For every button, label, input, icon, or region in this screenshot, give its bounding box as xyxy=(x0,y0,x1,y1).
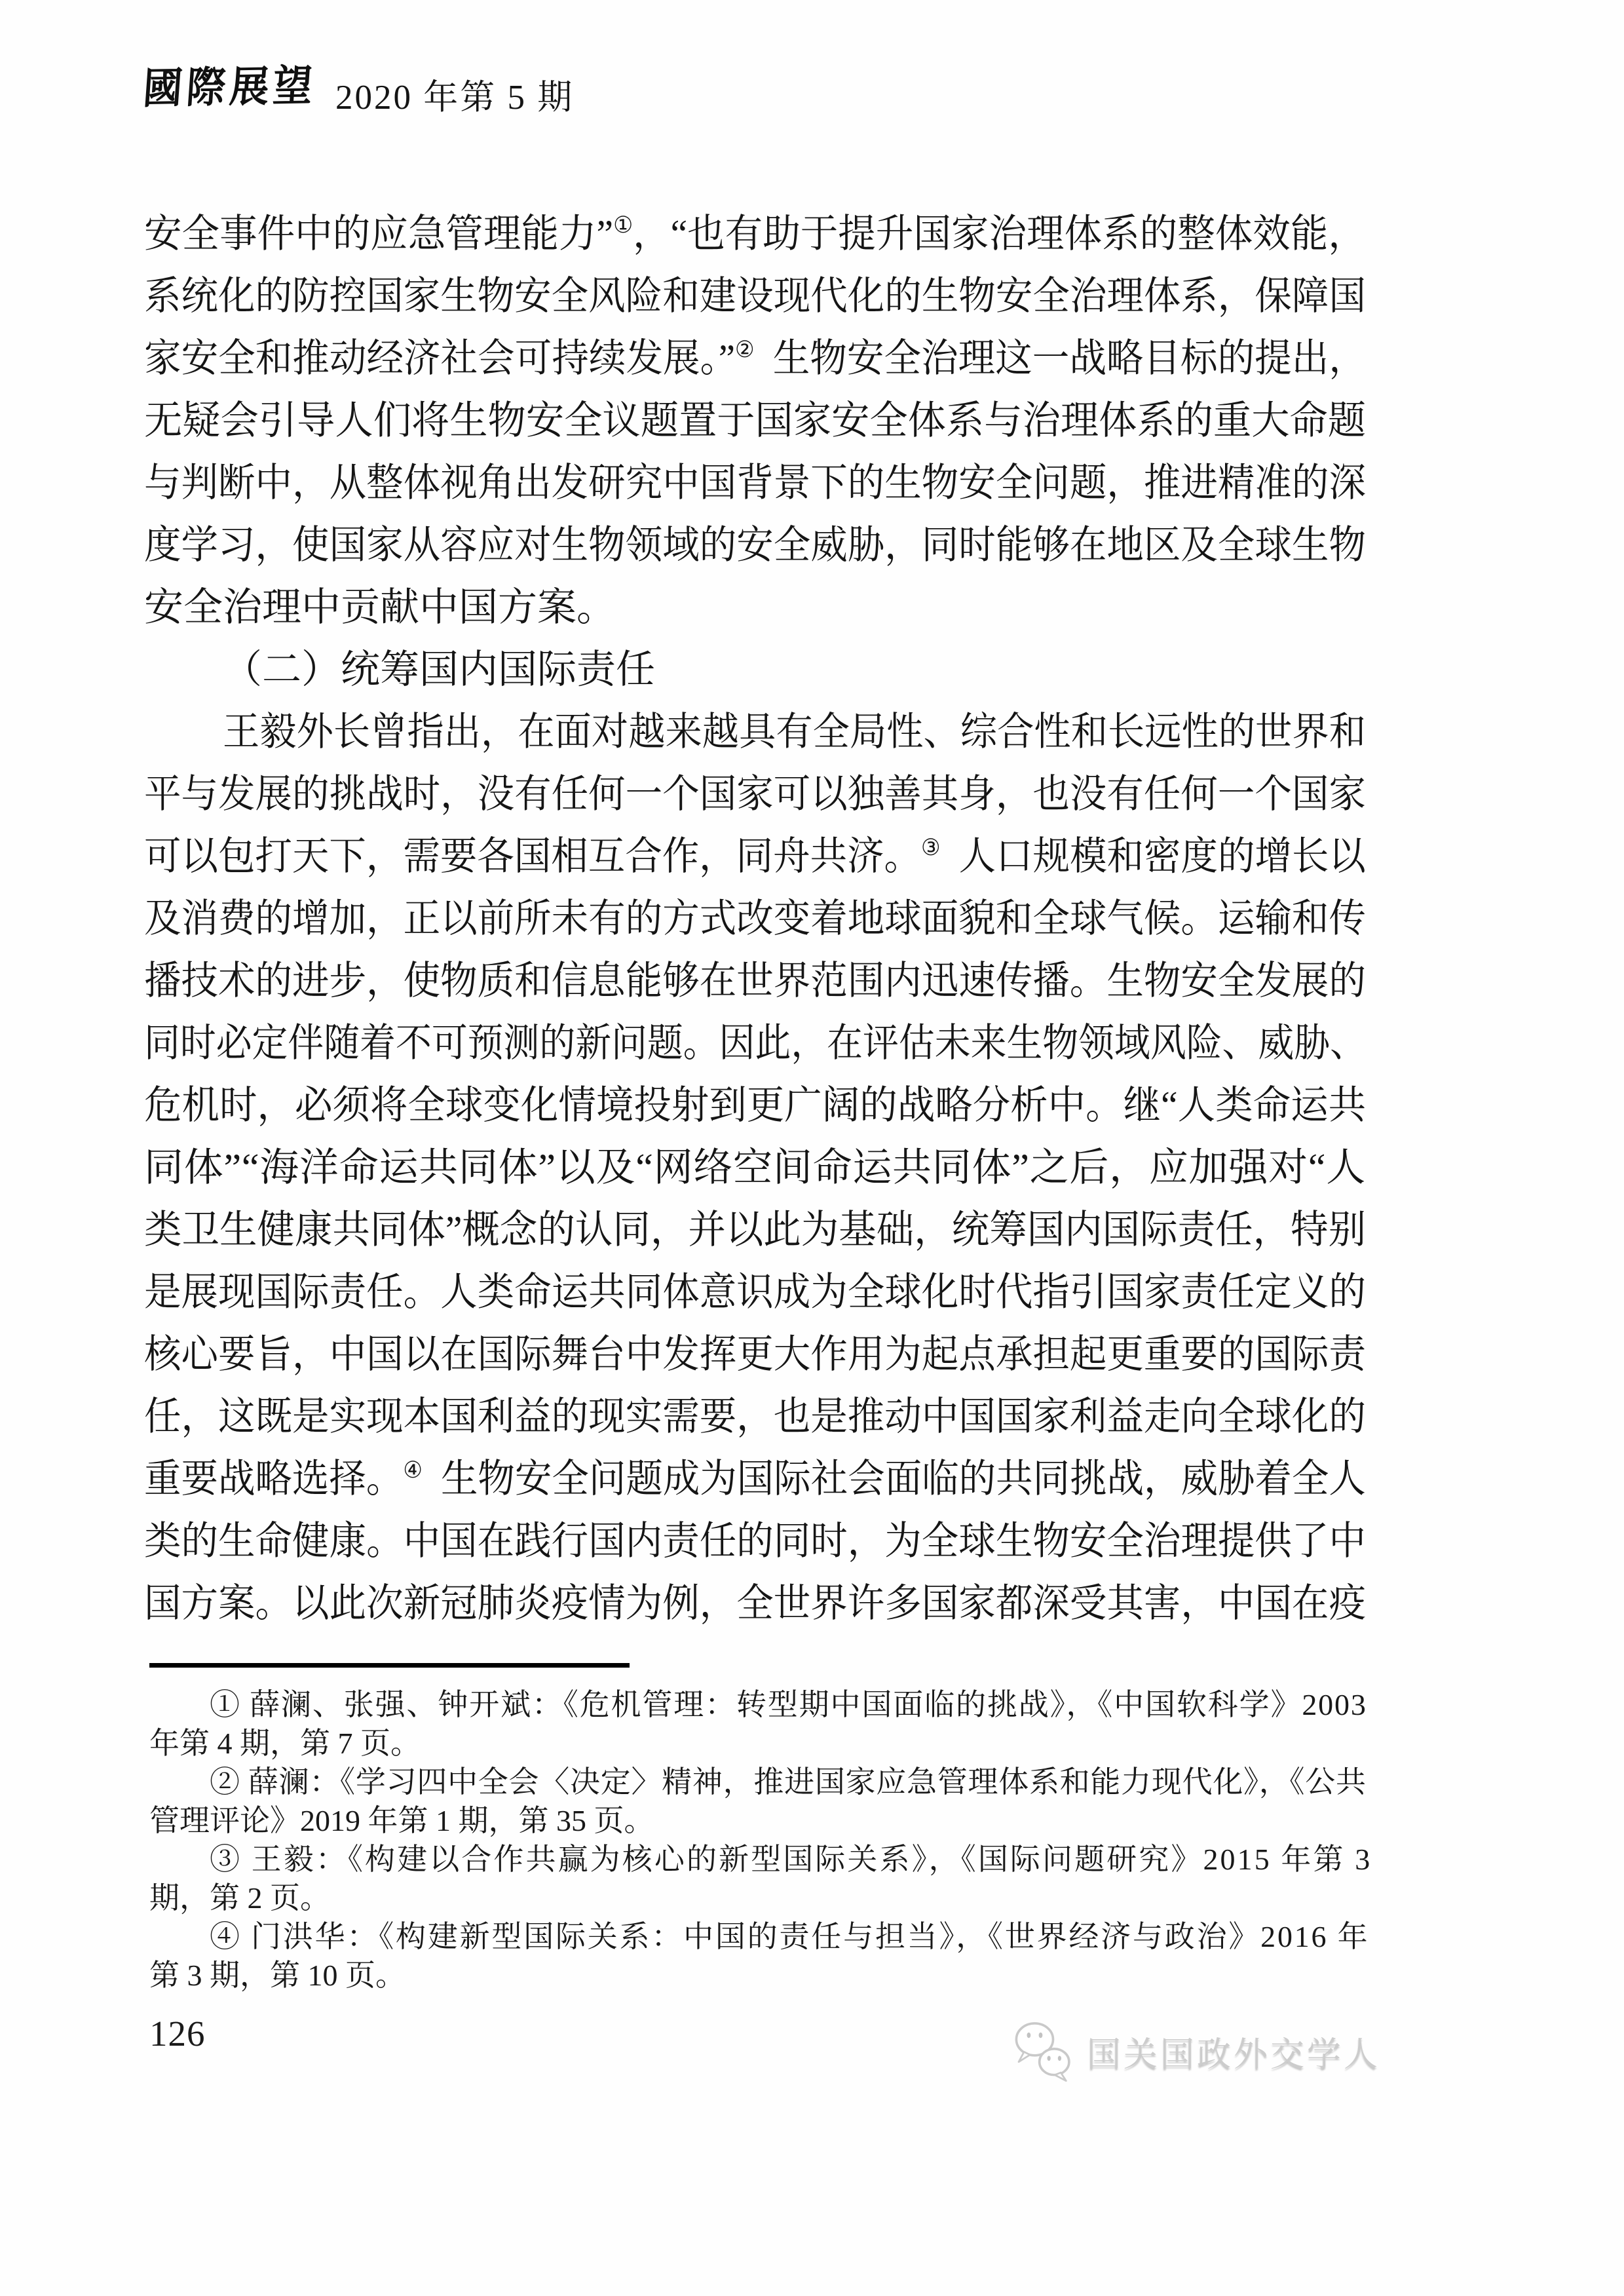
issue-label: 2020 年第 5 期 xyxy=(335,69,574,119)
footnote-line: 年第 4 期，第 7 页。 xyxy=(149,1724,1366,1763)
body-line: 安全事件中的应急管理能力”①，“也有助于提升国家治理体系的整体效能， xyxy=(144,203,1366,265)
footnote-ref: ① xyxy=(613,212,633,238)
article-body: 安全事件中的应急管理能力”①，“也有助于提升国家治理体系的整体效能，系统化的防控… xyxy=(144,203,1366,1635)
footnote-ref: ③ xyxy=(921,835,940,860)
page-number: 126 xyxy=(149,2013,206,2054)
body-line: 平与发展的挑战时，没有任何一个国家可以独善其身，也没有任何一个国家 xyxy=(144,763,1366,826)
watermark-text: 国关国政外交学人 xyxy=(1087,2027,1380,2076)
footnote-ref: ② xyxy=(735,337,754,362)
body-line: 及消费的增加，正以前所未有的方式改变着地球面貌和全球气候。运输和传 xyxy=(144,888,1366,950)
body-line: 类的生命健康。中国在践行国内责任的同时，为全球生物安全治理提供了中 xyxy=(144,1510,1366,1573)
footnote-line: 期，第 2 页。 xyxy=(149,1879,1366,1917)
footnote-line: ③ 王毅：《构建以合作共赢为核心的新型国际关系》，《国际问题研究》2015 年第… xyxy=(149,1840,1366,1879)
watermark: 国关国政外交学人 xyxy=(1011,2017,1380,2085)
footnote-line: ① 薛澜、张强、钟开斌：《危机管理：转型期中国面临的挑战》，《中国软科学》200… xyxy=(149,1685,1366,1724)
footnote-line: ④ 门洪华：《构建新型国际关系：中国的责任与担当》，《世界经济与政治》2016 … xyxy=(149,1917,1366,1956)
body-line: 同体”“海洋命运共同体”以及“网络空间命运共同体”之后，应加强对“人 xyxy=(144,1137,1366,1199)
body-line: 家安全和推动经济社会可持续发展。”② 生物安全治理这一战略目标的提出， xyxy=(144,328,1366,390)
body-line: 可以包打天下，需要各国相互合作，同舟共济。③ 人口规模和密度的增长以 xyxy=(144,826,1366,888)
body-line: 度学习，使国家从容应对生物领域的安全威胁，同时能够在地区及全球生物 xyxy=(144,514,1366,577)
body-line: 安全治理中贡献中国方案。 xyxy=(144,577,1366,639)
body-line: 核心要旨，中国以在国际舞台中发挥更大作用为起点承担起更重要的国际责 xyxy=(144,1324,1366,1386)
journal-logo: 國際展望 xyxy=(141,52,318,115)
body-line: 系统化的防控国家生物安全风险和建设现代化的生物安全治理体系，保障国 xyxy=(144,265,1366,328)
body-line: 王毅外长曾指出，在面对越来越具有全局性、综合性和长远性的世界和 xyxy=(144,701,1366,763)
body-line: 同时必定伴随着不可预测的新问题。因此，在评估未来生物领域风险、威胁、 xyxy=(144,1012,1366,1075)
section-heading: （二）统筹国内国际责任 xyxy=(144,639,1366,701)
body-line: 播技术的进步，使物质和信息能够在世界范围内迅速传播。生物安全发展的 xyxy=(144,950,1366,1012)
body-line: 与判断中，从整体视角出发研究中国背景下的生物安全问题，推进精准的深 xyxy=(144,452,1366,514)
body-line: 类卫生健康共同体”概念的认同，并以此为基础，统筹国内国际责任，特别 xyxy=(144,1199,1366,1261)
footnote-line: 第 3 期，第 10 页。 xyxy=(149,1956,1366,1995)
body-line: 危机时，必须将全球变化情境投射到更广阔的战略分析中。继“人类命运共 xyxy=(144,1075,1366,1137)
body-line: 重要战略选择。④ 生物安全问题成为国际社会面临的共同挑战，威胁着全人 xyxy=(144,1448,1366,1510)
footnotes: ① 薛澜、张强、钟开斌：《危机管理：转型期中国面临的挑战》，《中国软科学》200… xyxy=(149,1685,1366,1995)
footnote-line: 管理评论》2019 年第 1 期，第 35 页。 xyxy=(149,1801,1366,1840)
journal-page: 國際展望 2020 年第 5 期 安全事件中的应急管理能力”①，“也有助于提升国… xyxy=(0,0,1624,2296)
footnote-divider xyxy=(149,1663,630,1668)
body-line: 是展现国际责任。人类命运共同体意识成为全球化时代指引国家责任定义的 xyxy=(144,1261,1366,1324)
body-line: 任，这既是实现本国利益的现实需要，也是推动中国国家利益走向全球化的 xyxy=(144,1386,1366,1448)
footnote-line: ② 薛澜：《学习四中全会〈决定〉精神，推进国家应急管理体系和能力现代化》，《公共 xyxy=(149,1763,1366,1801)
wechat-icon xyxy=(1011,2017,1076,2085)
body-line: 无疑会引导人们将生物安全议题置于国家安全体系与治理体系的重大命题 xyxy=(144,390,1366,452)
body-line: 国方案。以此次新冠肺炎疫情为例，全世界许多国家都深受其害，中国在疫 xyxy=(144,1573,1366,1635)
footnote-ref: ④ xyxy=(403,1457,422,1483)
